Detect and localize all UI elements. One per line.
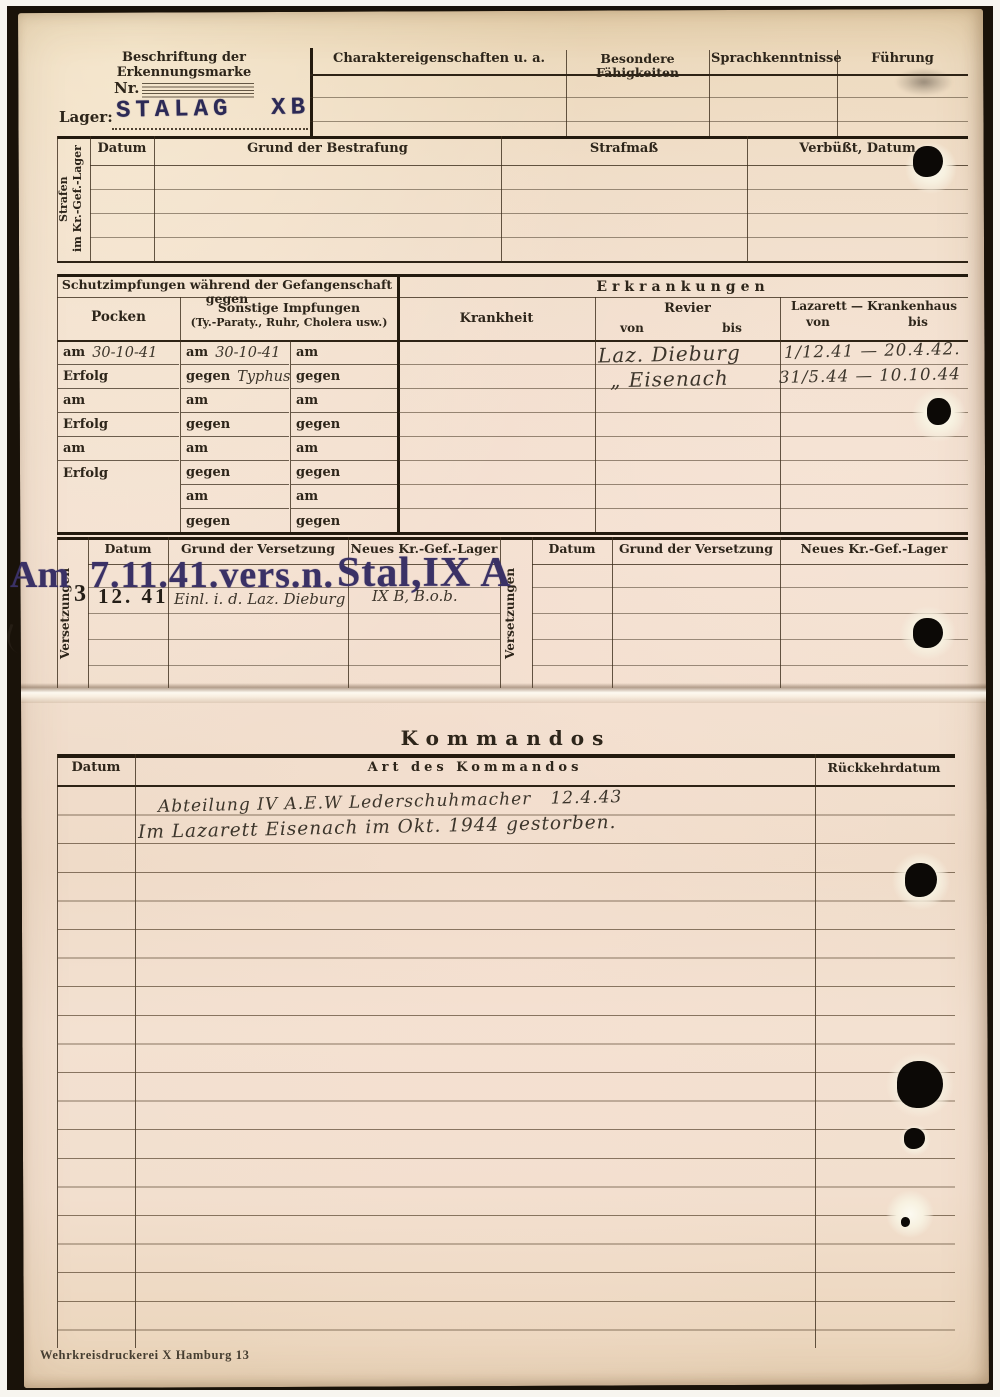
vaccination-cell: gegen [291, 461, 397, 485]
handwritten-revier-entry: Laz. Dieburg [598, 341, 741, 368]
handwritten-lazarett-dates: 31/5.44 — 10.10.44 [779, 364, 961, 387]
vaccination-cell: gegen [181, 509, 289, 533]
rule-line [88, 613, 500, 614]
vaccination-cell-label: gegen [296, 465, 340, 480]
vaccination-cell-label: gegen [296, 369, 340, 384]
nr-label: Nr. [114, 80, 139, 97]
rule-line [532, 587, 968, 588]
transfer-stamp-am: Am [10, 553, 69, 597]
vaccination-cell: gegen [181, 413, 289, 437]
handwritten-revier-entry: „ Eisenach [610, 366, 729, 392]
vaccination-cell-label: am [63, 441, 85, 456]
traits-header-languages: Sprachkenntnisse [711, 52, 835, 67]
vaccination-cell-label: am [186, 345, 208, 360]
vaccination-cell-label: am [186, 393, 208, 408]
vaccination-cell: gegen [181, 461, 289, 485]
traits-header-conduct: Führung [839, 52, 966, 67]
sonstige-col1-rows: am30-10-41gegenTyphusamgegenamgegenamgeg… [181, 341, 289, 533]
vaccination-cell-label: am [296, 489, 318, 504]
krankheit-header: Krankheit [398, 312, 595, 327]
vaccination-cell-label: gegen [186, 465, 230, 480]
revier-header: Revier [595, 302, 780, 317]
vaccination-cell: gegenTyphus [181, 365, 289, 389]
vaccination-cell: am30-10-41 [181, 341, 289, 365]
stalag-camp-stamp: STALAG XB [116, 94, 310, 124]
illnesses-title: Erkrankungen [400, 279, 966, 295]
vaccination-cell: am [181, 437, 289, 461]
sonstige-subheader: (Ty.-Paraty., Ruhr, Cholera usw.) [181, 317, 397, 330]
vaccination-cell: am [291, 485, 397, 509]
vaccination-cell-label: am [296, 345, 318, 360]
revier-bis-label: bis [702, 322, 762, 336]
punishments-header-reason: Grund der Bestrafung [154, 142, 501, 157]
lazarett-von-label: von [788, 316, 848, 330]
pocken-rows: am30-10-41ErfolgamErfolgamErfolg [58, 341, 179, 485]
punishments-header-penalty: Strafmaß [501, 142, 747, 157]
vaccination-cell: am30-10-41 [58, 341, 179, 365]
traits-header-character: Charaktereigenschaften u. a. [312, 52, 566, 67]
transfer-day-stamp: 3 [74, 581, 86, 608]
vaccination-cell-label: Erfolg [63, 417, 108, 432]
sonstige-header: Sonstige Impfungen [181, 301, 397, 315]
sonstige-col2-rows: amgegenamgegenamgegenamgegen [291, 341, 397, 533]
vaccination-cell: am [58, 437, 179, 461]
pocken-header: Pocken [57, 310, 180, 326]
rule-line [532, 665, 968, 666]
stray-pen-mark [2, 624, 28, 655]
vaccination-cell-label: gegen [296, 417, 340, 432]
vaccination-cell: Erfolg [58, 461, 179, 485]
vaccination-cell: Erfolg [58, 413, 179, 437]
pow-record-card: Beschriftung der Erkennungsmarke Nr. Lag… [0, 0, 1000, 1397]
vaccination-cell: Erfolg [58, 365, 179, 389]
kommandos-ruled-lines [58, 787, 955, 1347]
rule-line [532, 564, 968, 565]
lazarett-header: Lazarett — Krankenhaus [780, 300, 968, 314]
handwritten-transfer-reason: Einl. i. d. Laz. Dieburg [174, 590, 345, 608]
fold-crease [21, 683, 986, 703]
vaccination-cell-label: am [186, 489, 208, 504]
transfers-right-header-reason: Grund der Versetzung [612, 542, 780, 556]
vaccination-cell-label: am [296, 441, 318, 456]
lager-label: Lager: [59, 109, 113, 126]
vaccination-cell: am [181, 389, 289, 413]
vaccination-cell: am [58, 389, 179, 413]
transfers-right-header-date: Datum [532, 542, 612, 556]
vaccination-cell-label: Erfolg [63, 369, 108, 384]
vaccination-cell-label: am [296, 393, 318, 408]
vaccination-cell: gegen [291, 509, 397, 533]
handwritten-lazarett-dates: 1/12.41 — 20.4.42. [784, 339, 961, 362]
lazarett-bis-label: bis [888, 316, 948, 330]
printer-imprint: Wehrkreisdruckerei X Hamburg 13 [40, 1348, 249, 1363]
vaccination-cell-label: am [63, 345, 85, 360]
vaccination-cell: am [291, 341, 397, 365]
vaccination-cell-label: gegen [186, 514, 230, 529]
handwritten-value: Typhus [237, 369, 290, 385]
punishments-header-date: Datum [90, 142, 154, 157]
vaccination-cell-label: Erfolg [63, 466, 108, 481]
idbox-title: Beschriftung der Erkennungsmarke [60, 51, 308, 81]
rule-line [566, 50, 567, 137]
rule-line [57, 261, 968, 263]
vaccination-cell-label: gegen [186, 417, 230, 432]
transfers-right-header-newcamp: Neues Kr.-Gef.-Lager [780, 542, 968, 556]
vaccination-cell: gegen [291, 365, 397, 389]
rule-line [90, 189, 968, 190]
rule-line [310, 121, 968, 122]
revier-von-label: von [602, 322, 662, 336]
vaccination-cell-label: gegen [296, 514, 340, 529]
rule-line [709, 50, 710, 137]
vaccination-cell: am [291, 437, 397, 461]
rule-line [57, 537, 968, 540]
rule-line [57, 754, 955, 758]
rule-line [310, 97, 968, 98]
punishments-side-label: Strafen im Kr.-Gef.-Lager [57, 139, 90, 259]
paper-damage [886, 1190, 934, 1238]
vaccination-cell-label: gegen [186, 369, 230, 384]
rule-line [57, 136, 968, 139]
handwritten-transfer-newcamp: IX B, B.o.b. [372, 587, 458, 605]
rule-line [90, 213, 968, 214]
rule-line [88, 639, 500, 640]
vaccination-cell: gegen [291, 413, 397, 437]
vaccination-cell-label: am [186, 441, 208, 456]
kommandos-header-type: Art des Kommandos [135, 761, 815, 776]
rule-line [90, 237, 968, 238]
ink-smudge [895, 68, 953, 96]
vaccination-cell: am [291, 389, 397, 413]
handwritten-value: 30-10-41 [215, 345, 280, 361]
rule-line [90, 165, 968, 166]
kommandos-header-return: Rückkehrdatum [815, 761, 953, 775]
kommandos-title: Kommandos [57, 727, 955, 750]
traits-header-abilities: Besondere Fähigkeiten [568, 52, 707, 81]
rule-line [88, 665, 500, 666]
vaccination-cell-label: am [63, 393, 85, 408]
rule-line [532, 613, 968, 614]
handwritten-value: 30-10-41 [92, 345, 157, 361]
transfer-date-stamp: 12. 41 [98, 584, 169, 609]
vaccination-cell: am [181, 485, 289, 509]
kommandos-header-date: Datum [57, 761, 135, 776]
